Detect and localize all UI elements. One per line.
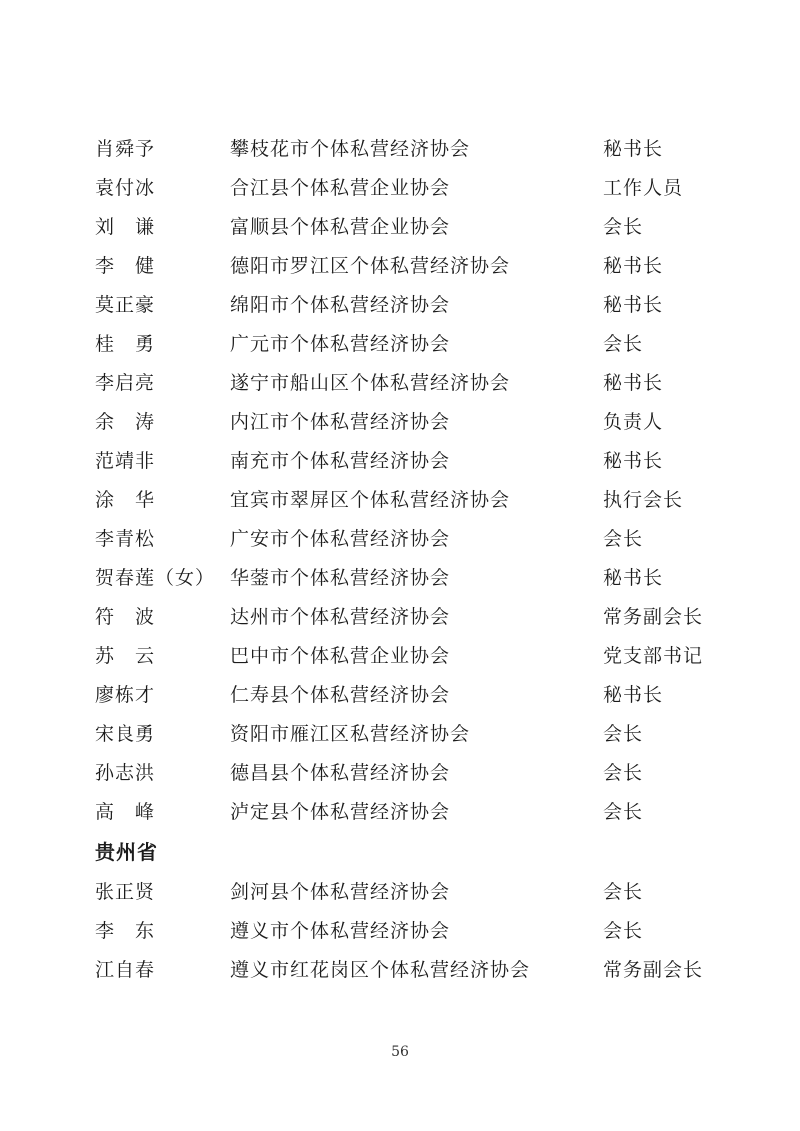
organization-name: 合江县个体私营企业协会 bbox=[230, 179, 603, 198]
organization-name: 遵义市红花岗区个体私营经济协会 bbox=[230, 961, 603, 980]
table-row: 张正贤剑河县个体私营经济协会会长 bbox=[95, 873, 740, 912]
person-name: 刘 谦 bbox=[95, 218, 230, 237]
position-title: 工作人员 bbox=[603, 179, 740, 198]
person-name: 范靖非 bbox=[95, 452, 230, 471]
table-row: 贺春莲（女）华蓥市个体私营经济协会秘书长 bbox=[95, 559, 740, 598]
organization-name: 德阳市罗江区个体私营经济协会 bbox=[230, 257, 603, 276]
position-title: 秘书长 bbox=[603, 452, 740, 471]
table-row: 涂 华宜宾市翠屏区个体私营经济协会执行会长 bbox=[95, 481, 740, 520]
position-title: 秘书长 bbox=[603, 140, 740, 159]
person-name: 廖栋才 bbox=[95, 686, 230, 705]
table-row: 高 峰泸定县个体私营经济协会会长 bbox=[95, 793, 740, 832]
organization-name: 富顺县个体私营企业协会 bbox=[230, 218, 603, 237]
table-row: 符 波达州市个体私营经济协会常务副会长 bbox=[95, 598, 740, 637]
organization-name: 广元市个体私营经济协会 bbox=[230, 335, 603, 354]
position-title: 秘书长 bbox=[603, 374, 740, 393]
table-row: 李青松广安市个体私营经济协会会长 bbox=[95, 520, 740, 559]
organization-name: 遂宁市船山区个体私营经济协会 bbox=[230, 374, 603, 393]
table-row: 廖栋才仁寿县个体私营经济协会秘书长 bbox=[95, 676, 740, 715]
person-name: 贺春莲（女） bbox=[95, 569, 230, 588]
person-name: 余 涛 bbox=[95, 413, 230, 432]
person-name: 袁付冰 bbox=[95, 179, 230, 198]
person-name: 桂 勇 bbox=[95, 335, 230, 354]
organization-name: 剑河县个体私营经济协会 bbox=[230, 883, 603, 902]
position-title: 秘书长 bbox=[603, 257, 740, 276]
position-title: 常务副会长 bbox=[603, 608, 740, 627]
position-title: 会长 bbox=[603, 530, 740, 549]
person-name: 张正贤 bbox=[95, 883, 230, 902]
position-title: 会长 bbox=[603, 764, 740, 783]
person-name: 涂 华 bbox=[95, 491, 230, 510]
table-row: 莫正豪绵阳市个体私营经济协会秘书长 bbox=[95, 286, 740, 325]
organization-name: 达州市个体私营经济协会 bbox=[230, 608, 603, 627]
table-row: 江自春遵义市红花岗区个体私营经济协会常务副会长 bbox=[95, 951, 740, 990]
position-title: 会长 bbox=[603, 218, 740, 237]
person-name: 李 健 bbox=[95, 257, 230, 276]
table-row: 李 东遵义市个体私营经济协会会长 bbox=[95, 912, 740, 951]
position-title: 会长 bbox=[603, 922, 740, 941]
organization-name: 仁寿县个体私营经济协会 bbox=[230, 686, 603, 705]
table-row: 宋良勇资阳市雁江区私营经济协会会长 bbox=[95, 715, 740, 754]
position-title: 负责人 bbox=[603, 413, 740, 432]
organization-name: 广安市个体私营经济协会 bbox=[230, 530, 603, 549]
person-name: 李启亮 bbox=[95, 374, 230, 393]
person-name: 孙志洪 bbox=[95, 764, 230, 783]
organization-name: 资阳市雁江区私营经济协会 bbox=[230, 725, 603, 744]
section-header-label: 贵州省 bbox=[95, 840, 158, 864]
organization-name: 巴中市个体私营企业协会 bbox=[230, 647, 603, 666]
table-row: 李 健德阳市罗江区个体私营经济协会秘书长 bbox=[95, 247, 740, 286]
organization-name: 内江市个体私营经济协会 bbox=[230, 413, 603, 432]
table-row: 孙志洪德昌县个体私营经济协会会长 bbox=[95, 754, 740, 793]
position-title: 秘书长 bbox=[603, 569, 740, 588]
organization-name: 南充市个体私营经济协会 bbox=[230, 452, 603, 471]
person-name: 莫正豪 bbox=[95, 296, 230, 315]
position-title: 会长 bbox=[603, 803, 740, 822]
person-name: 李 东 bbox=[95, 922, 230, 941]
document-page: 肖舜予攀枝花市个体私营经济协会秘书长袁付冰合江县个体私营企业协会工作人员刘 谦富… bbox=[0, 0, 800, 1131]
position-title: 会长 bbox=[603, 725, 740, 744]
organization-name: 华蓥市个体私营经济协会 bbox=[230, 569, 603, 588]
position-title: 党支部书记 bbox=[603, 647, 740, 666]
organization-name: 遵义市个体私营经济协会 bbox=[230, 922, 603, 941]
position-title: 常务副会长 bbox=[603, 961, 740, 980]
person-name: 宋良勇 bbox=[95, 725, 230, 744]
position-title: 会长 bbox=[603, 883, 740, 902]
organization-name: 攀枝花市个体私营经济协会 bbox=[230, 140, 603, 159]
organization-name: 德昌县个体私营经济协会 bbox=[230, 764, 603, 783]
table-row: 肖舜予攀枝花市个体私营经济协会秘书长 bbox=[95, 130, 740, 169]
person-name: 江自春 bbox=[95, 961, 230, 980]
roster-list: 肖舜予攀枝花市个体私营经济协会秘书长袁付冰合江县个体私营企业协会工作人员刘 谦富… bbox=[95, 130, 740, 990]
position-title: 执行会长 bbox=[603, 491, 740, 510]
person-name: 符 波 bbox=[95, 608, 230, 627]
organization-name: 泸定县个体私营经济协会 bbox=[230, 803, 603, 822]
position-title: 会长 bbox=[603, 335, 740, 354]
person-name: 肖舜予 bbox=[95, 140, 230, 159]
table-row: 刘 谦富顺县个体私营企业协会会长 bbox=[95, 208, 740, 247]
table-row: 范靖非南充市个体私营经济协会秘书长 bbox=[95, 442, 740, 481]
person-name: 苏 云 bbox=[95, 647, 230, 666]
position-title: 秘书长 bbox=[603, 686, 740, 705]
table-row: 李启亮遂宁市船山区个体私营经济协会秘书长 bbox=[95, 364, 740, 403]
organization-name: 宜宾市翠屏区个体私营经济协会 bbox=[230, 491, 603, 510]
table-row: 苏 云巴中市个体私营企业协会党支部书记 bbox=[95, 637, 740, 676]
table-row: 桂 勇广元市个体私营经济协会会长 bbox=[95, 325, 740, 364]
organization-name: 绵阳市个体私营经济协会 bbox=[230, 296, 603, 315]
person-name: 高 峰 bbox=[95, 803, 230, 822]
table-row: 袁付冰合江县个体私营企业协会工作人员 bbox=[95, 169, 740, 208]
page-number: 56 bbox=[0, 1044, 800, 1060]
position-title: 秘书长 bbox=[603, 296, 740, 315]
table-row: 余 涛内江市个体私营经济协会负责人 bbox=[95, 403, 740, 442]
person-name: 李青松 bbox=[95, 530, 230, 549]
section-header: 贵州省 bbox=[95, 832, 740, 873]
